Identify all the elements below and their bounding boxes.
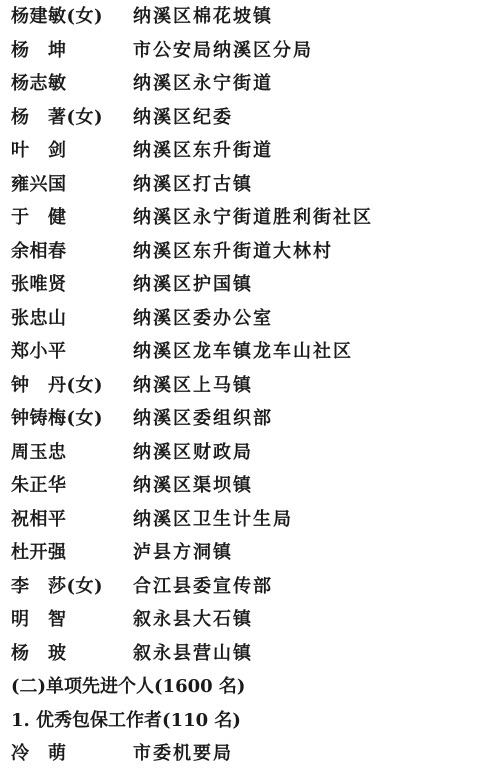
person-organization: 纳溪区委组织部 xyxy=(133,402,273,435)
subsection-heading: 1. 优秀包保工作者(110 名) xyxy=(11,704,241,737)
person-name: 于 健 xyxy=(11,201,131,234)
person-organization: 纳溪区财政局 xyxy=(133,436,253,469)
person-organization: 纳溪区永宁街道胜利街社区 xyxy=(133,201,373,234)
person-name: 郑小平 xyxy=(11,335,131,368)
person-organization: 纳溪区龙车镇龙车山社区 xyxy=(133,335,353,368)
person-organization: 市公安局纳溪区分局 xyxy=(133,34,313,67)
person-organization: 纳溪区卫生计生局 xyxy=(133,503,293,536)
person-name: 祝相平 xyxy=(11,503,131,536)
person-name: 杨志敏 xyxy=(11,67,131,100)
document-page: 杨建敏(女) 纳溪区棉花坡镇 杨 坤 市公安局纳溪区分局 杨志敏 纳溪区永宁街道… xyxy=(0,0,500,769)
person-name: 杨 坤 xyxy=(11,34,131,67)
person-organization: 市委机要局 xyxy=(133,737,233,769)
person-name: 叶 剑 xyxy=(11,134,131,167)
person-name: 杨 著(女) xyxy=(11,101,131,134)
person-name: 冷 萌 xyxy=(11,737,131,769)
person-organization: 纳溪区上马镇 xyxy=(133,369,253,402)
person-organization: 纳溪区东升街道 xyxy=(133,134,273,167)
person-name: 李 莎(女) xyxy=(11,570,131,603)
person-name: 杨 玻 xyxy=(11,637,131,670)
person-organization: 纳溪区东升街道大林村 xyxy=(133,235,333,268)
person-organization: 合江县委宣传部 xyxy=(133,570,273,603)
person-organization: 泸县方洞镇 xyxy=(133,536,233,569)
person-name: 杜开强 xyxy=(11,536,131,569)
section-heading: (二)单项先进个人(1600 名) xyxy=(11,670,245,703)
person-name: 明 智 xyxy=(11,603,131,636)
person-organization: 纳溪区打古镇 xyxy=(133,168,253,201)
person-organization: 纳溪区渠坝镇 xyxy=(133,469,253,502)
person-name: 余相春 xyxy=(11,235,131,268)
person-organization: 纳溪区委办公室 xyxy=(133,302,273,335)
person-name: 钟铸梅(女) xyxy=(11,402,131,435)
person-name: 钟 丹(女) xyxy=(11,369,131,402)
person-organization: 纳溪区永宁街道 xyxy=(133,67,273,100)
person-name: 张忠山 xyxy=(11,302,131,335)
person-organization: 纳溪区棉花坡镇 xyxy=(133,0,273,33)
person-organization: 叙永县大石镇 xyxy=(133,603,253,636)
person-name: 朱正华 xyxy=(11,469,131,502)
person-organization: 纳溪区纪委 xyxy=(133,101,233,134)
person-name: 张唯贤 xyxy=(11,268,131,301)
person-name: 周玉忠 xyxy=(11,436,131,469)
person-organization: 纳溪区护国镇 xyxy=(133,268,253,301)
person-name: 雍兴国 xyxy=(11,168,131,201)
person-organization: 叙永县营山镇 xyxy=(133,637,253,670)
person-name: 杨建敏(女) xyxy=(11,0,131,33)
